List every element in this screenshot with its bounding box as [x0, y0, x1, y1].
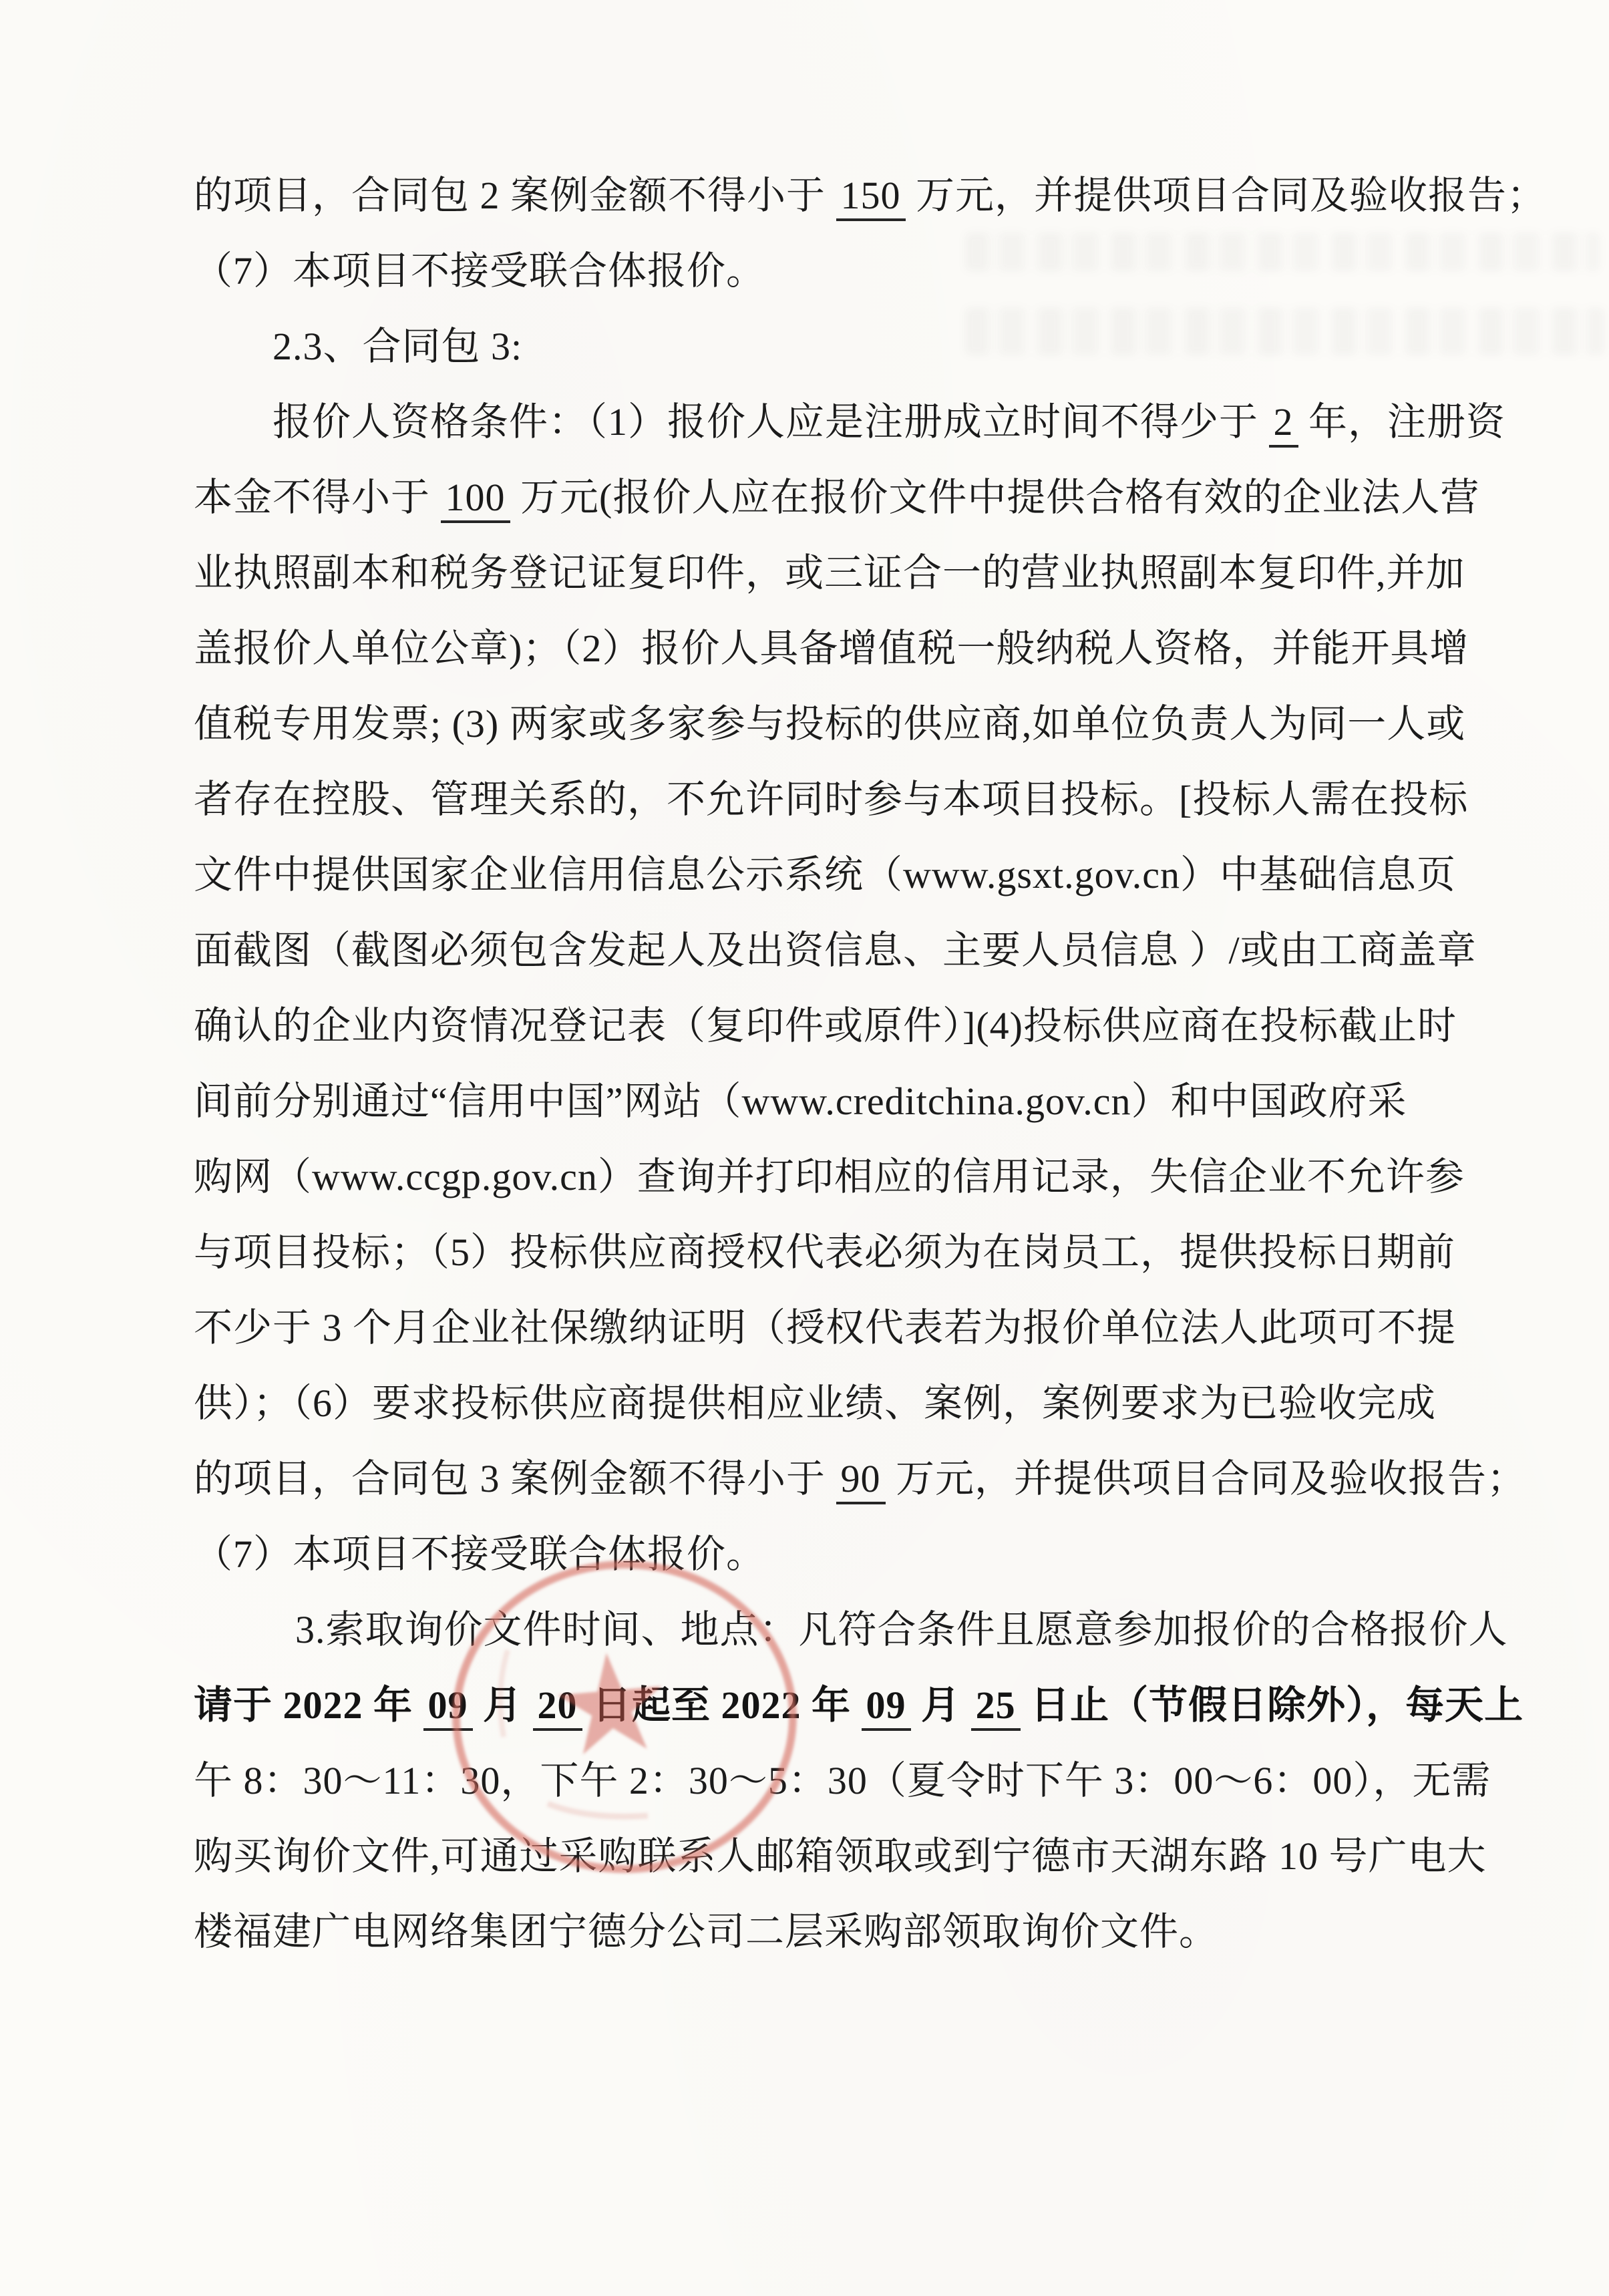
- text-segment: 万元(报价人应在报价文件中提供合格有效的企业法人营: [510, 476, 1480, 519]
- text-segment: 购网（www.ccgp.gov.cn）查询并打印相应的信用记录，失信企业不允许参: [194, 1155, 1465, 1198]
- text-segment: 月: [911, 1683, 971, 1727]
- text-segment: 年，注册资: [1298, 400, 1506, 444]
- text-segment: 业执照副本和税务登记证复印件，或三证合一的营业执照副本复印件,并加: [194, 551, 1465, 595]
- text-segment: 报价人资格条件：（1）报价人应是注册成立时间不得少于: [273, 400, 1269, 444]
- underlined-value: 09: [423, 1683, 473, 1731]
- text-segment: 午 8：30～11：30，下午 2：30～5：30（夏令时下午 3：00～6：0…: [194, 1759, 1491, 1802]
- scan-page: 的项目，合同包 2 案例金额不得小于 150 万元，并提供项目合同及验收报告；（…: [0, 0, 1609, 2296]
- text-segment: 面截图（截图必须包含发起人及出资信息、主要人员信息 ）/或由工商盖章: [194, 929, 1477, 972]
- text-segment: 的项目，合同包 2 案例金额不得小于: [194, 174, 836, 217]
- text-line-17: 供）；（6）要求投标供应商提供相应业绩、案例，案例要求为已验收完成: [194, 1365, 1483, 1441]
- text-segment: 万元，并提供项目合同及验收报告；: [886, 1457, 1527, 1500]
- text-line-7: 盖报价人单位公章)；（2）报价人具备增值税一般纳税人资格，并能开具增: [194, 611, 1483, 686]
- text-segment: 确认的企业内资情况登记表（复印件或原件）](4)投标供应商在投标截止时: [194, 1004, 1457, 1047]
- text-segment: 万元，并提供项目合同及验收报告；: [906, 174, 1547, 217]
- underlined-value: 100: [441, 476, 510, 523]
- text-line-4: 报价人资格条件：（1）报价人应是注册成立时间不得少于 2 年，注册资: [194, 384, 1483, 460]
- text-line-22: 午 8：30～11：30，下午 2：30～5：30（夏令时下午 3：00～6：0…: [194, 1743, 1483, 1818]
- text-line-15: 与项目投标；（5）投标供应商授权代表必须为在岗员工，提供投标日期前: [194, 1214, 1483, 1290]
- text-line-19: （7）本项目不接受联合体报价。: [194, 1516, 1483, 1592]
- text-line-1: 的项目，合同包 2 案例金额不得小于 150 万元，并提供项目合同及验收报告；: [194, 158, 1483, 233]
- text-segment: 楼福建广电网络集团宁德分公司二层采购部领取询价文件。: [194, 1910, 1218, 1953]
- text-segment: 盖报价人单位公章)；（2）报价人具备增值税一般纳税人资格，并能开具增: [194, 627, 1469, 670]
- text-line-24: 楼福建广电网络集团宁德分公司二层采购部领取询价文件。: [194, 1894, 1483, 1969]
- underlined-value: 09: [862, 1683, 911, 1731]
- text-segment: 月: [473, 1683, 533, 1727]
- text-segment: 日起至 2022 年: [582, 1683, 862, 1727]
- text-segment: 日止（节假日除外），每天上: [1021, 1683, 1524, 1727]
- underlined-value: 150: [836, 174, 906, 221]
- text-line-6: 业执照副本和税务登记证复印件，或三证合一的营业执照副本复印件,并加: [194, 535, 1483, 611]
- text-line-20: 3.索取询价文件时间、地点：凡符合条件且愿意参加报价的合格报价人: [194, 1592, 1483, 1667]
- text-segment: （7）本项目不接受联合体报价。: [194, 249, 765, 293]
- text-segment: 间前分别通过“信用中国”网站（www.creditchina.gov.cn）和中…: [194, 1080, 1407, 1123]
- text-segment: 值税专用发票; (3) 两家或多家参与投标的供应商,如单位负责人为同一人或: [194, 702, 1465, 746]
- text-segment: 购买询价文件,可通过采购联系人邮箱领取或到宁德市天湖东路 10 号广电大: [194, 1834, 1487, 1878]
- underlined-value: 2: [1269, 400, 1298, 448]
- text-segment: 者存在控股、管理关系的，不允许同时参与本项目投标。[投标人需在投标: [194, 778, 1468, 821]
- text-segment: 2.3、合同包 3:: [273, 325, 522, 368]
- text-segment: 与项目投标；（5）投标供应商授权代表必须为在岗员工，提供投标日期前: [194, 1231, 1455, 1274]
- underlined-value: 20: [533, 1683, 582, 1731]
- text-line-10: 文件中提供国家企业信用信息公示系统（www.gsxt.gov.cn）中基础信息页: [194, 837, 1483, 913]
- text-line-8: 值税专用发票; (3) 两家或多家参与投标的供应商,如单位负责人为同一人或: [194, 686, 1483, 762]
- text-line-16: 不少于 3 个月企业社保缴纳证明（授权代表若为报价单位法人此项可不提: [194, 1290, 1483, 1365]
- text-line-11: 面截图（截图必须包含发起人及出资信息、主要人员信息 ）/或由工商盖章: [194, 913, 1483, 988]
- text-line-9: 者存在控股、管理关系的，不允许同时参与本项目投标。[投标人需在投标: [194, 762, 1483, 837]
- text-segment: （7）本项目不接受联合体报价。: [194, 1532, 765, 1576]
- text-line-2: （7）本项目不接受联合体报价。: [194, 233, 1483, 309]
- text-line-5: 本金不得小于 100 万元(报价人应在报价文件中提供合格有效的企业法人营: [194, 460, 1483, 535]
- text-segment: 的项目，合同包 3 案例金额不得小于: [194, 1457, 836, 1500]
- underlined-value: 90: [836, 1457, 886, 1504]
- text-segment: 供）；（6）要求投标供应商提供相应业绩、案例，案例要求为已验收完成: [194, 1381, 1436, 1425]
- text-segment: 3.索取询价文件时间、地点：凡符合条件且愿意参加报价的合格报价人: [295, 1608, 1508, 1651]
- text-segment: 请于 2022 年: [194, 1683, 423, 1727]
- text-line-12: 确认的企业内资情况登记表（复印件或原件）](4)投标供应商在投标截止时: [194, 988, 1483, 1063]
- text-line-13: 间前分别通过“信用中国”网站（www.creditchina.gov.cn）和中…: [194, 1063, 1483, 1139]
- text-segment: 本金不得小于: [194, 476, 441, 519]
- underlined-value: 25: [971, 1683, 1021, 1731]
- document-body: 的项目，合同包 2 案例金额不得小于 150 万元，并提供项目合同及验收报告；（…: [194, 158, 1483, 1969]
- text-segment: 文件中提供国家企业信用信息公示系统（www.gsxt.gov.cn）中基础信息页: [194, 853, 1456, 896]
- text-line-18: 的项目，合同包 3 案例金额不得小于 90 万元，并提供项目合同及验收报告；: [194, 1441, 1483, 1516]
- text-segment: 不少于 3 个月企业社保缴纳证明（授权代表若为报价单位法人此项可不提: [194, 1306, 1456, 1349]
- text-line-3: 2.3、合同包 3:: [194, 309, 1483, 384]
- text-line-23: 购买询价文件,可通过采购联系人邮箱领取或到宁德市天湖东路 10 号广电大: [194, 1818, 1483, 1894]
- text-line-14: 购网（www.ccgp.gov.cn）查询并打印相应的信用记录，失信企业不允许参: [194, 1139, 1483, 1214]
- text-line-21: 请于 2022 年 09 月 20 日起至 2022 年 09 月 25 日止（…: [194, 1667, 1483, 1743]
